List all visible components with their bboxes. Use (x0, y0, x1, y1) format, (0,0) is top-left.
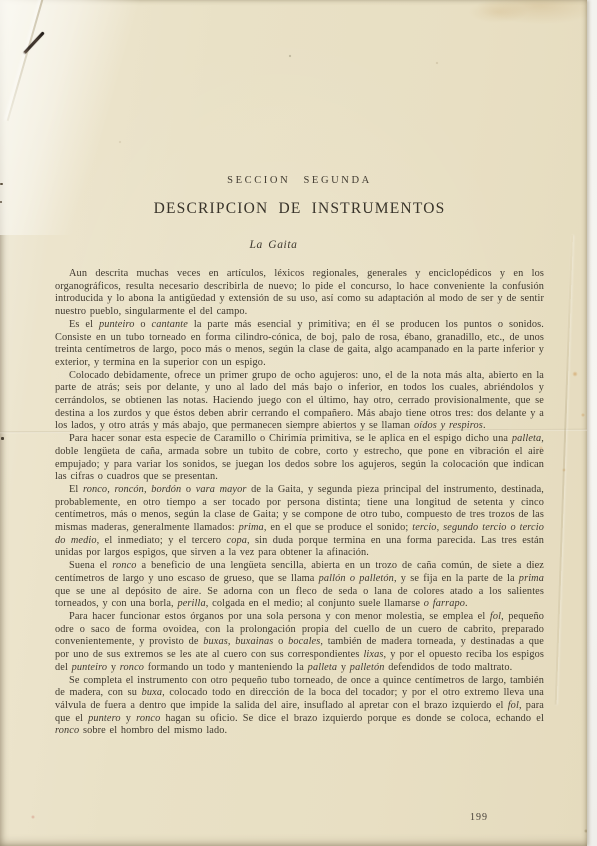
scanned-book-page: SECCION SEGUNDA DESCRIPCION DE INSTRUMEN… (0, 0, 587, 846)
paragraph-7: Para hacer funcionar estos órganos por u… (55, 611, 544, 675)
edge-speck (0, 201, 2, 203)
page-number: 199 (470, 812, 488, 823)
paragraph-6: Suena el ronco a beneficio de una lengüe… (55, 560, 544, 611)
page-title: DESCRIPCION DE INSTRUMENTOS (55, 200, 544, 218)
paragraph-4: Para hacer sonar esta especie de Caramil… (55, 433, 544, 484)
paragraph-1: Aun descrita muchas veces en artículos, … (55, 268, 544, 319)
edge-speck (1, 437, 4, 440)
body-text: Aun descrita muchas veces en artículos, … (55, 268, 544, 738)
vertical-crease (555, 235, 573, 705)
paragraph-3: Colocado debidamente, ofrece un primer g… (55, 370, 544, 434)
paragraph-5: El ronco, roncón, bordón o vara mayor de… (55, 484, 544, 560)
section-heading: SECCION SEGUNDA (55, 175, 544, 186)
paragraph-8: Se completa el instrumento con otro pequ… (55, 675, 544, 739)
paragraph-2: Es el punteiro o cantante la parte más e… (55, 319, 544, 370)
edge-speck (0, 183, 3, 185)
chapter-subtitle: La Gaita (55, 239, 492, 251)
